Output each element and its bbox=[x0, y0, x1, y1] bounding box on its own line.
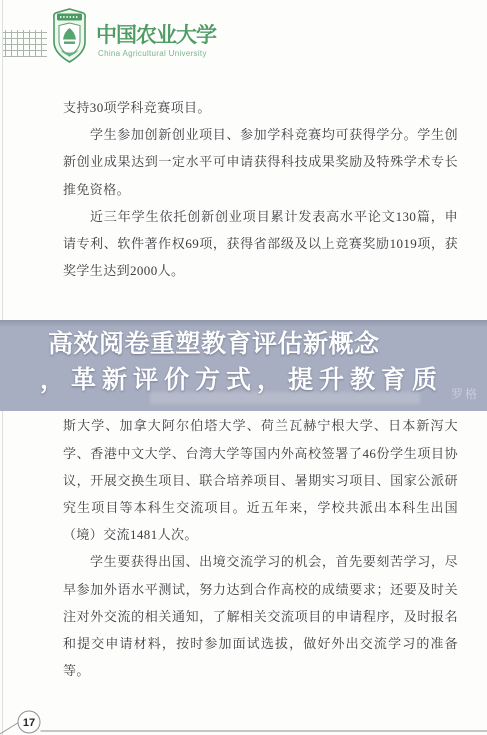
overlay-banner: 高效阅卷重塑教育评估新概念 ，革新评价方式，提升教育质 罗格 bbox=[0, 320, 487, 411]
paragraph-continuation: 斯大学、加拿大阿尔伯塔大学、荷兰瓦赫宁根大学、日本新泻大学、香港中文大学、台湾大… bbox=[63, 412, 458, 548]
page-header: 中国农业大学 China Agricultural University bbox=[0, 8, 487, 70]
university-shield-logo-icon bbox=[51, 8, 88, 64]
university-name-en: China Agricultural University bbox=[98, 49, 207, 58]
paragraph: 学生要获得出国、出境交流学习的机会，首先要刻苦学习，尽早参加外语水平测试，努力达… bbox=[63, 548, 458, 684]
document-page: { "header": { "university_name_zh": "中国农… bbox=[0, 0, 487, 735]
paragraph: 学生参加创新创业项目、参加学科竞赛均可获得学分。学生创新创业成果达到一定水平可申… bbox=[63, 121, 458, 203]
page-number: 17 bbox=[23, 717, 35, 729]
underlying-text-bleed bbox=[150, 392, 420, 404]
grid-pattern-decoration bbox=[3, 30, 47, 57]
paragraph: 近三年学生依托创新创业项目累计发表高水平论文130篇，申请专利、软件著作权69项… bbox=[63, 203, 458, 285]
university-name-zh: 中国农业大学 bbox=[96, 19, 216, 49]
page-footer: 17 bbox=[0, 691, 487, 735]
footer-diagonal-line bbox=[0, 723, 19, 735]
banner-title-line-1: 高效阅卷重塑教育评估新概念 bbox=[48, 329, 487, 360]
underlying-text-fragment: 罗格 bbox=[451, 385, 479, 402]
paragraph-continuation: 支持30项学科竞赛项目。 bbox=[63, 94, 458, 121]
